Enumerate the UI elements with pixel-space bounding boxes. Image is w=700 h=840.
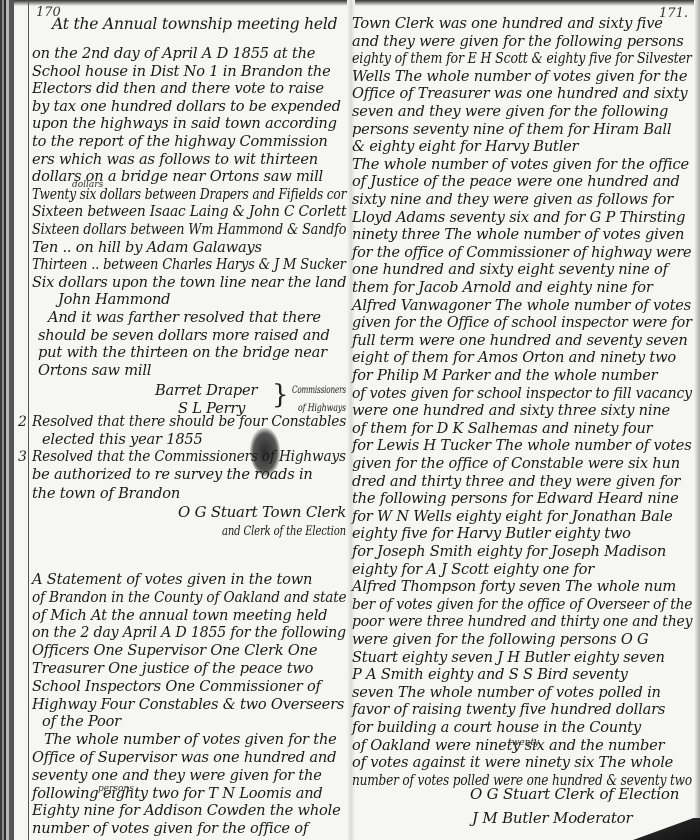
left-page: 170 At the Annual township meeting held …: [30, 0, 348, 840]
interlineation-dollars: dollars: [72, 180, 103, 190]
interlineation-persons: persons: [98, 784, 134, 794]
left-margin-rule: [28, 0, 29, 840]
page-number-right: 171.: [659, 6, 688, 21]
right-page: 171. Town Clerk was one hundred and sixt…: [352, 0, 694, 840]
election-clerk-signature: O G Stuart Clerk of Election: [470, 784, 679, 804]
resolution-2-line-1: Resolved that there should be four Const…: [32, 412, 346, 432]
interlineation-twenty: twenty: [508, 738, 539, 748]
brace: }: [272, 380, 289, 410]
resolution-3-line-3: the town of Brandon: [32, 484, 180, 504]
resolution-3-line-2: be authorized to re survey the roads in: [32, 465, 313, 485]
commissioner-name-1: Barret Draper: [155, 381, 257, 401]
clerk-role: and Clerk of the Election: [222, 522, 346, 542]
left-heading: At the Annual township meeting held: [52, 14, 337, 34]
ledger-spread: 170 At the Annual township meeting held …: [0, 0, 700, 840]
handwritten-line: Ortons saw mill: [38, 361, 151, 381]
commissioners-title-1: Commissioners: [292, 380, 346, 400]
handwritten-line: number of votes given for the office of: [32, 819, 308, 839]
book-binding-edge: [0, 0, 14, 840]
resolution-number-2: 2: [18, 414, 27, 430]
clerk-signature: O G Stuart Town Clerk: [178, 502, 346, 522]
right-page-edge: [694, 0, 700, 840]
moderator-signature: J M Butler Moderator: [472, 808, 632, 828]
resolution-3-line-1: Resolved that the Commissioners of Highw…: [32, 447, 346, 467]
resolution-number-3: 3: [18, 449, 27, 465]
